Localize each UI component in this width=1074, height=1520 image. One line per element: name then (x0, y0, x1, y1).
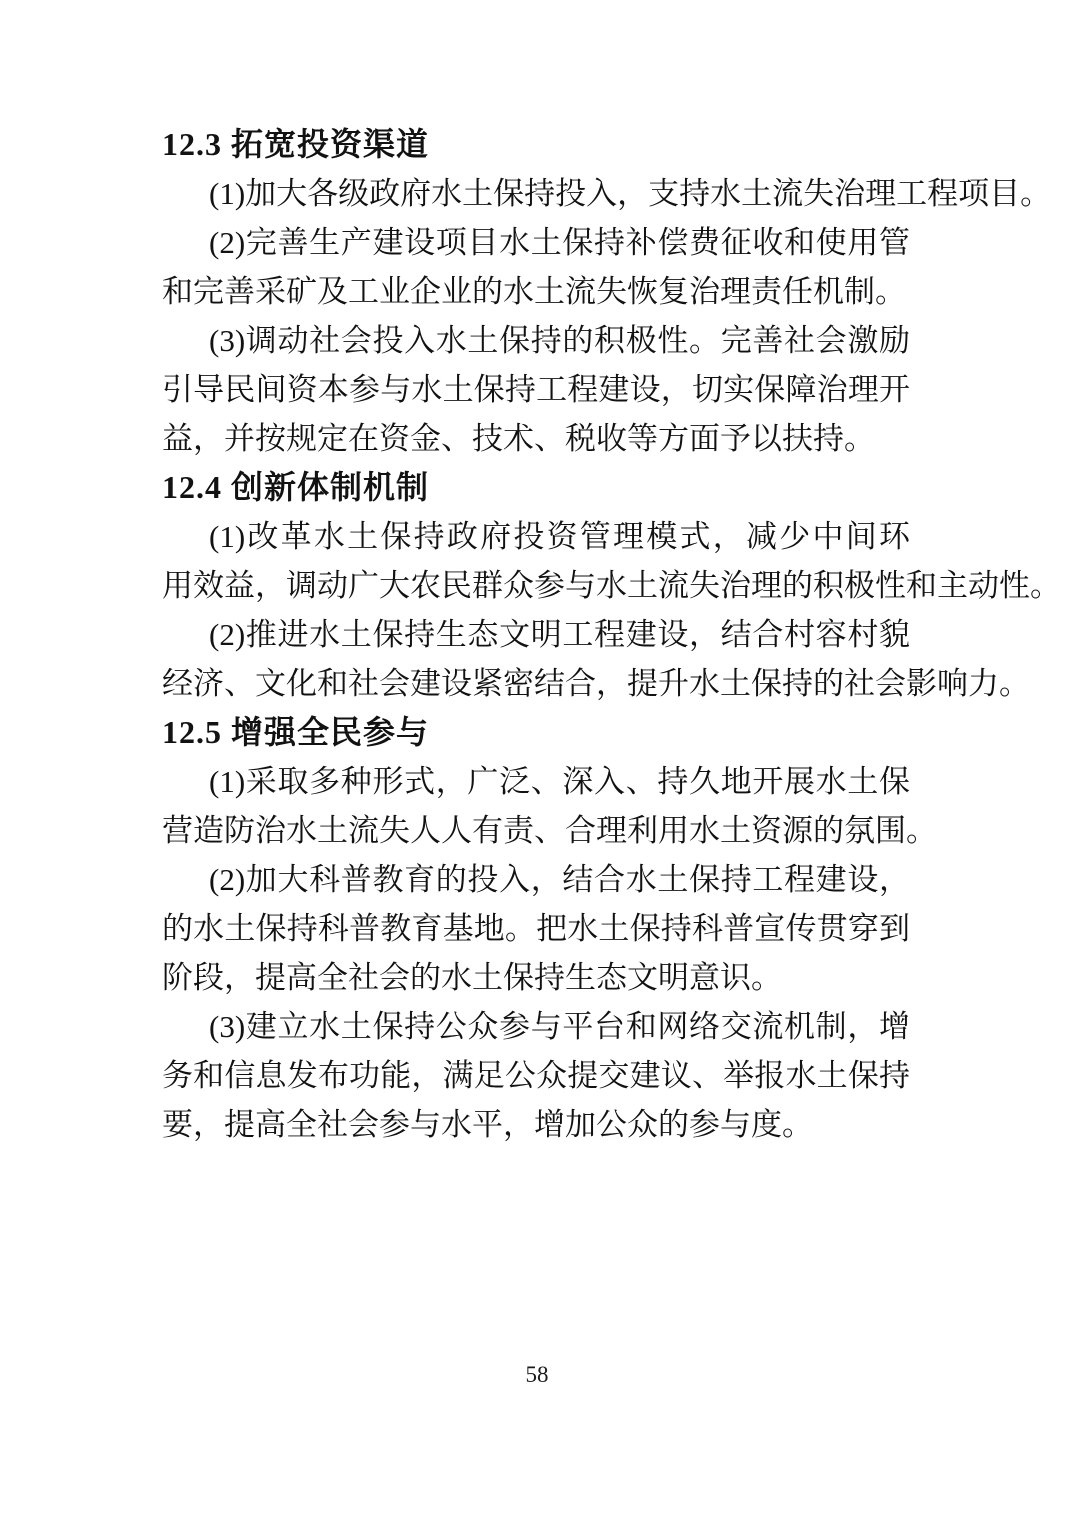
page-number: 58 (0, 1358, 1074, 1392)
paragraph-line: 用效益，调动广大农民群众参与水土流失治理的积极性和主动性。 (162, 561, 910, 610)
paragraph-line: (3)调动社会投入水土保持的积极性。完善社会激励机制，鼓励和 (162, 316, 910, 365)
paragraph-line: 和完善采矿及工业企业的水土流失恢复治理责任机制。 (162, 267, 910, 316)
paragraph-line: (1)采取多种形式，广泛、深入、持久地开展水土保持宣传，大力 (162, 757, 910, 806)
section-heading-12-5: 12.5 增强全民参与 (162, 708, 910, 757)
paragraph: (1)改革水土保持政府投资管理模式，减少中间环节，提高投资使 用效益，调动广大农… (162, 512, 910, 610)
paragraph: (1)采取多种形式，广泛、深入、持久地开展水土保持宣传，大力 营造防治水土流失人… (162, 757, 910, 855)
paragraph-line: (1)加大各级政府水土保持投入，支持水土流失治理工程项目。 (162, 169, 910, 218)
paragraph: (3)建立水土保持公众参与平台和网络交流机制，增强网络技术服 务和信息发布功能，… (162, 1002, 910, 1149)
paragraph-line: (2)加大科普教育的投入，结合水土保持工程建设，建设一定数量 (162, 855, 910, 904)
document-body: 12.3 拓宽投资渠道 (1)加大各级政府水土保持投入，支持水土流失治理工程项目… (162, 120, 910, 1149)
paragraph-line: 营造防治水土流失人人有责、合理利用水土资源的氛围。 (162, 806, 910, 855)
paragraph-line: 的水土保持科普教育基地。把水土保持科普宣传贯穿到整个义务教育 (162, 904, 910, 953)
section-heading-12-4: 12.4 创新体制机制 (162, 463, 910, 512)
paragraph-line: (1)改革水土保持政府投资管理模式，减少中间环节，提高投资使 (162, 512, 910, 561)
paragraph-line: (2)推进水土保持生态文明工程建设，结合村容村貌整治，与农村 (162, 610, 910, 659)
paragraph-line: 务和信息发布功能，满足公众提交建议、举报水土保持违法事件的需 (162, 1051, 910, 1100)
paragraph: (3)调动社会投入水土保持的积极性。完善社会激励机制，鼓励和 引导民间资本参与水… (162, 316, 910, 463)
paragraph-line: (3)建立水土保持公众参与平台和网络交流机制，增强网络技术服 (162, 1002, 910, 1051)
paragraph-line: 阶段，提高全社会的水土保持生态文明意识。 (162, 953, 910, 1002)
paragraph: (2)加大科普教育的投入，结合水土保持工程建设，建设一定数量 的水土保持科普教育… (162, 855, 910, 1002)
paragraph-line: (2)完善生产建设项目水土保持补偿费征收和使用管理制度。建立 (162, 218, 910, 267)
paragraph: (1)加大各级政府水土保持投入，支持水土流失治理工程项目。 (162, 169, 910, 218)
paragraph-line: 要，提高全社会参与水平，增加公众的参与度。 (162, 1100, 910, 1149)
paragraph: (2)完善生产建设项目水土保持补偿费征收和使用管理制度。建立 和完善采矿及工业企… (162, 218, 910, 316)
paragraph-line: 引导民间资本参与水土保持工程建设，切实保障治理开发者的合法权 (162, 365, 910, 414)
paragraph: (2)推进水土保持生态文明工程建设，结合村容村貌整治，与农村 经济、文化和社会建… (162, 610, 910, 708)
section-heading-12-3: 12.3 拓宽投资渠道 (162, 120, 910, 169)
paragraph-line: 益，并按规定在资金、技术、税收等方面予以扶持。 (162, 414, 910, 463)
document-page: 12.3 拓宽投资渠道 (1)加大各级政府水土保持投入，支持水土流失治理工程项目… (0, 0, 1074, 1520)
paragraph-line: 经济、文化和社会建设紧密结合，提升水土保持的社会影响力。 (162, 659, 910, 708)
